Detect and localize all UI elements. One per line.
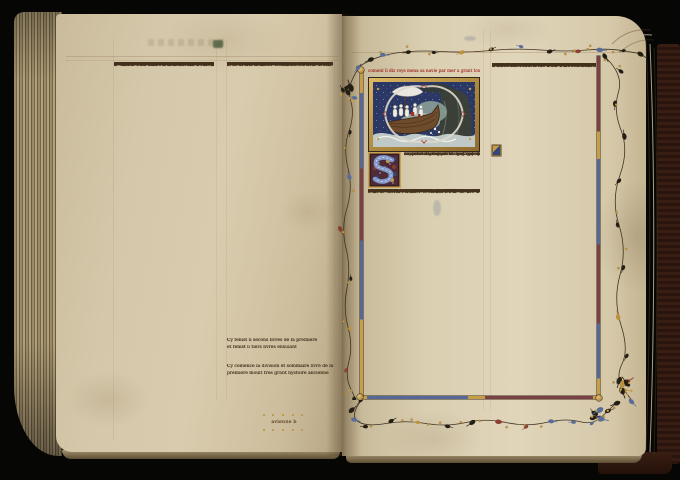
text-line: e puet longuement durer que les nefs ne …: [404, 152, 480, 158]
miniature-ship-scene: [368, 77, 480, 152]
book-fore-edge-pages: [14, 12, 62, 456]
incipit-block: CCy comence la division et sommaire livr…: [227, 364, 333, 378]
left-page-column-1: ltre pour la terre conquerre que li sarr…: [114, 62, 214, 390]
ruling-line: [490, 30, 491, 410]
incipit-line: Cy comence la division et sommaire livre…: [227, 364, 333, 370]
right-page-column-1: t estoit si noire que li uns ne veoit la…: [368, 189, 480, 395]
catchword-cartouche: avienne b: [256, 414, 312, 432]
catchword-text: avienne b: [260, 419, 308, 427]
text-line: pour la terre conquerre que li sarrazin …: [492, 63, 596, 69]
ivy-vine-bottom-decoration: [344, 400, 636, 448]
right-page-column-2: e ne puet longuement durer que les nefs …: [492, 63, 596, 393]
ivy-vine-right-decoration: [600, 48, 658, 416]
green-stain: [213, 40, 223, 48]
small-gold-initial: [492, 145, 501, 156]
explicit-line: et fenist li tiers livres ensuiant: [227, 345, 333, 352]
ivy-vine-left-decoration: [334, 64, 364, 400]
incipit-line: premiere moult tres grant hystoire ancie…: [227, 371, 333, 378]
text-line: grant peril car ceste tormente ne puet l…: [227, 62, 333, 68]
ruling-line: [66, 56, 338, 57]
illuminated-initial-S: [368, 152, 401, 188]
gold-dots: [263, 429, 265, 431]
ruling-line: [216, 40, 217, 400]
manuscript-photo: ltre pour la terre conquerre que li sarr…: [0, 0, 680, 480]
explicit-line: Cy fenist li secons livres de la premier…: [227, 338, 317, 344]
border-bar-bottom: [360, 396, 600, 399]
gold-dots: [263, 414, 265, 416]
text-line: t len porta les vivres es nefs et les ch…: [114, 62, 214, 68]
explicit-block: CCy fenist li secons livres de la premie…: [227, 338, 333, 352]
miniature-rubric: coment li diz roys mena sa navie par mer…: [368, 66, 480, 76]
text-line: soigne faire et len porta les vivres es …: [368, 189, 480, 195]
ruling-line: [66, 60, 338, 61]
right-page-column-1-beside-initial: es nefs et singlerent tant quil vindrent…: [404, 152, 480, 188]
ruling-line: [483, 30, 484, 410]
left-page-column-2: te si comme cil qui moult desiroient la …: [227, 62, 333, 332]
